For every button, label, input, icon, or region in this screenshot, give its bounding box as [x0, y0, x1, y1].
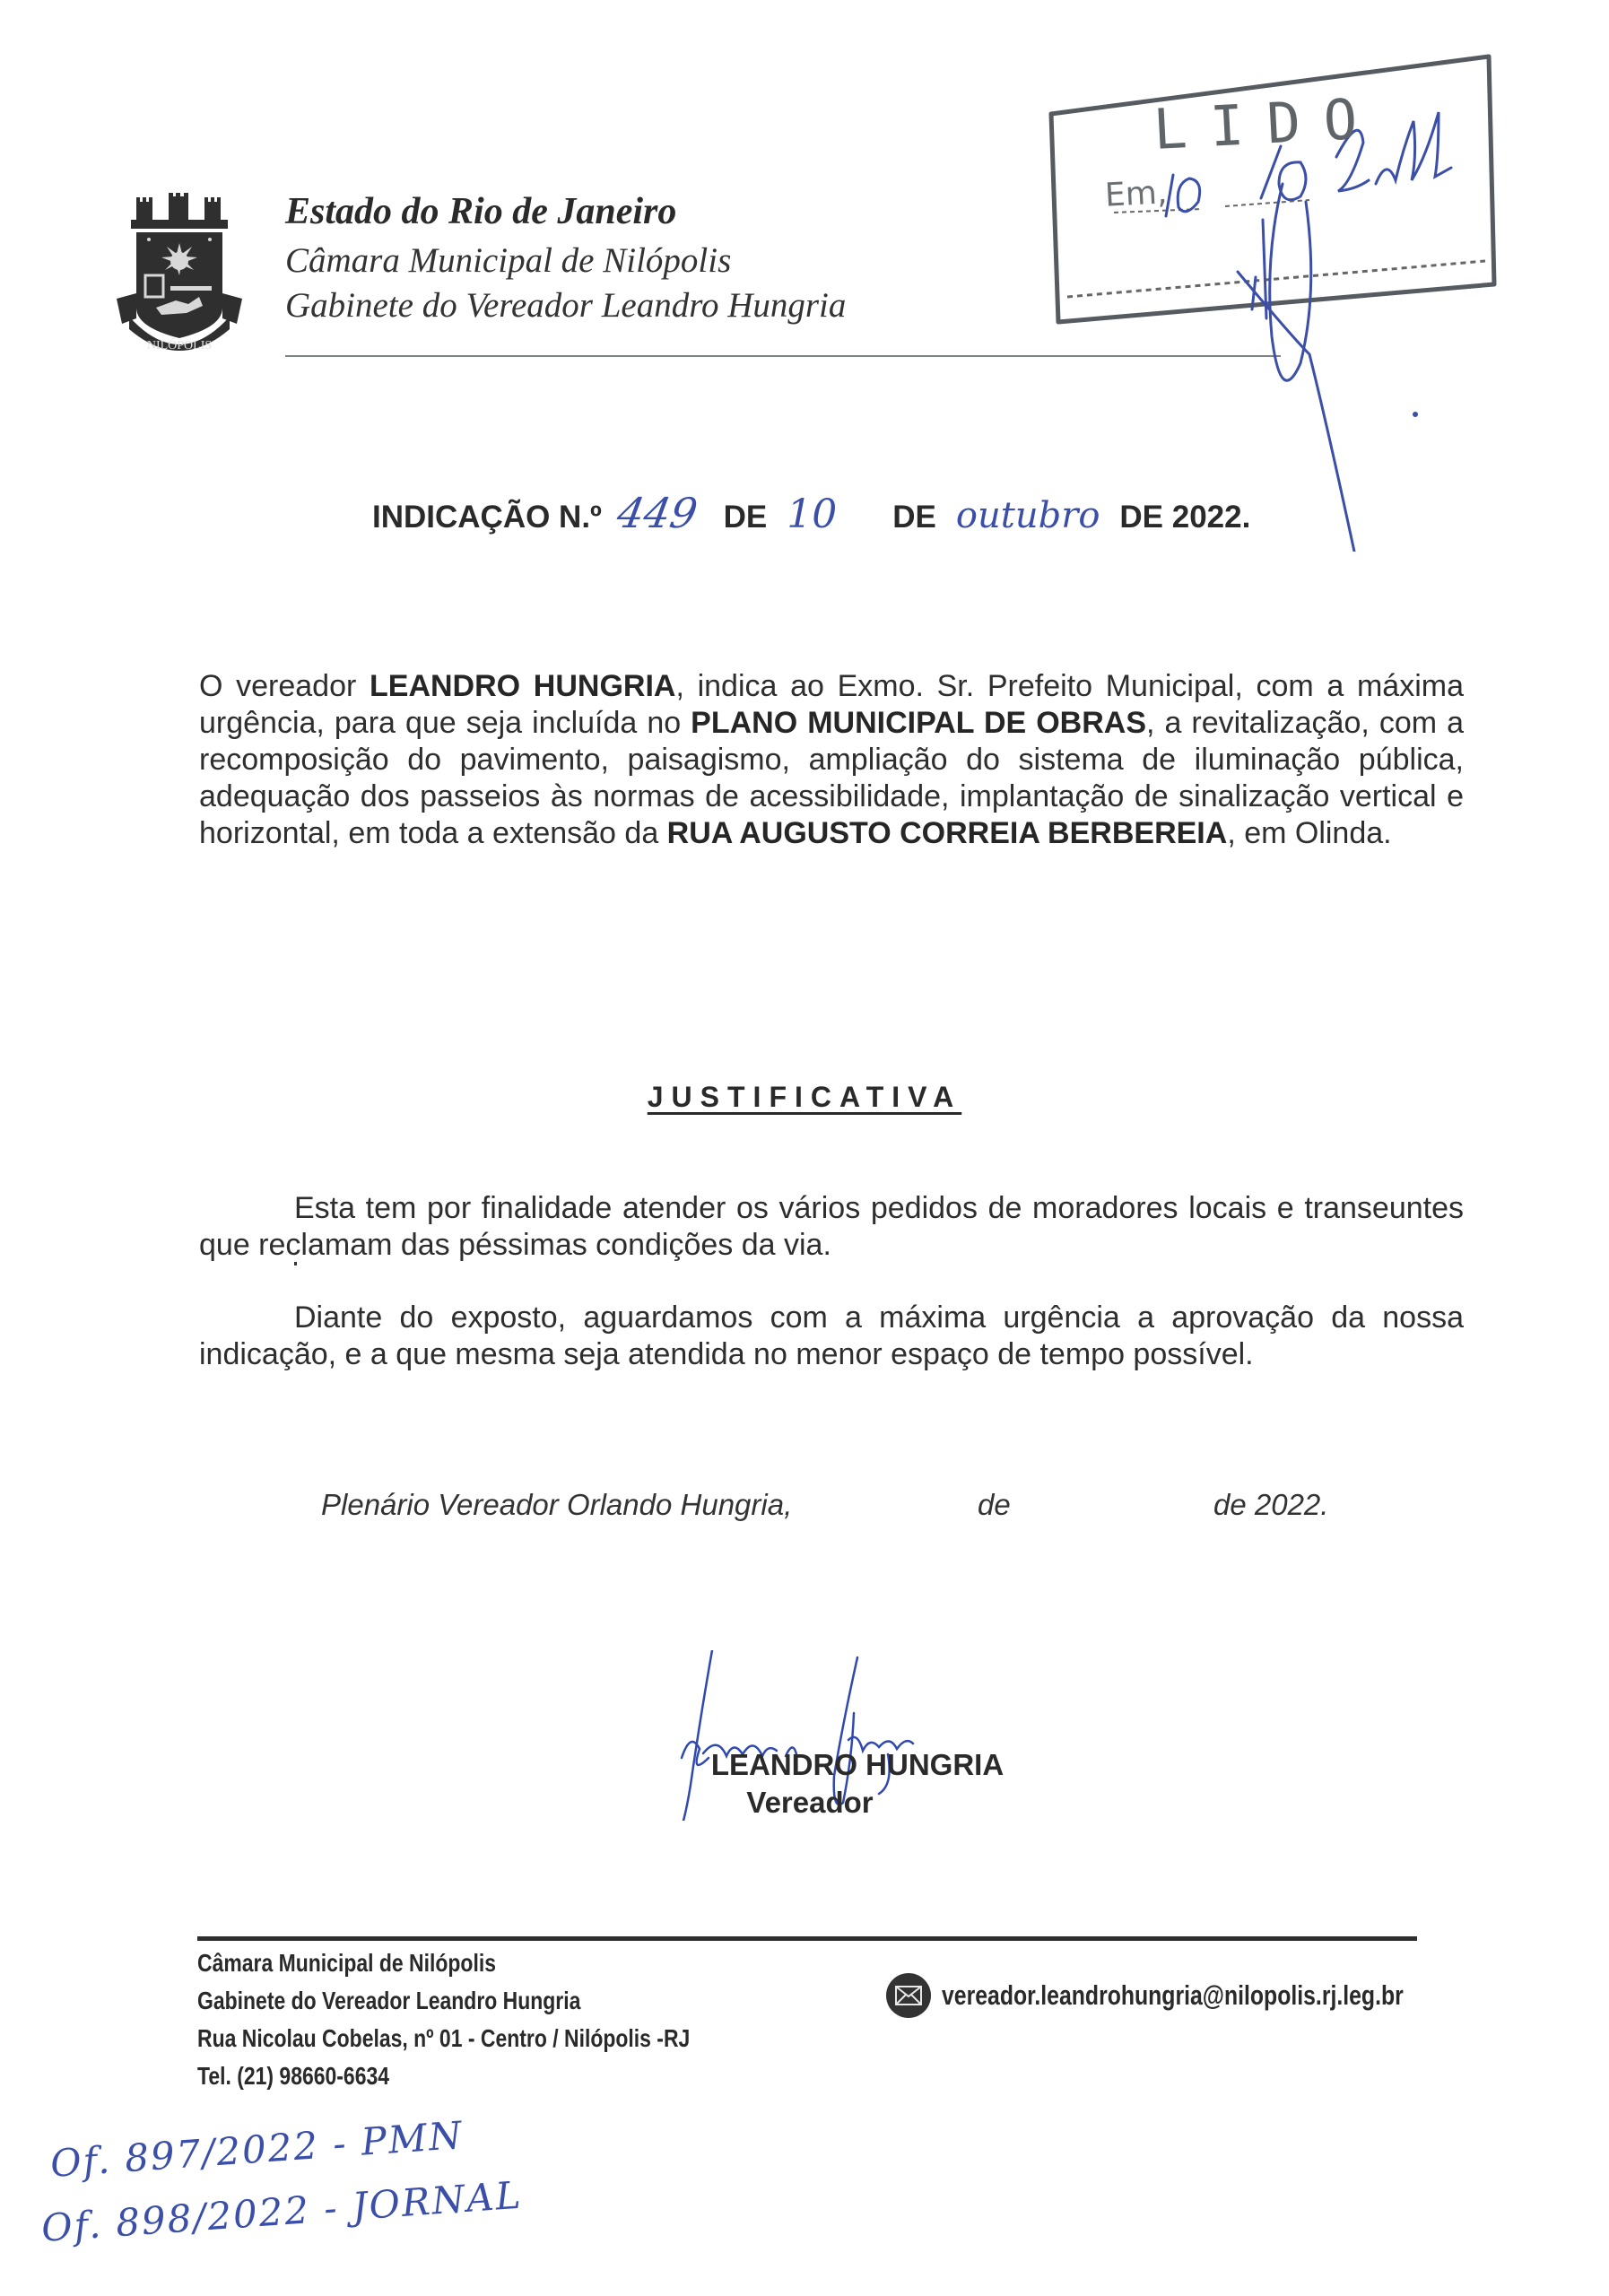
footer-contact: Câmara Municipal de Nilópolis Gabinete d… — [197, 1944, 690, 2095]
stamp-date-prefix: Em, — [1104, 174, 1168, 214]
stamp-label: LIDO — [1152, 85, 1382, 162]
header-state: Estado do Rio de Janeiro — [285, 190, 676, 233]
councilor-name: LEANDRO HUNGRIA — [370, 669, 675, 703]
footer-phone: Tel. (21) 98660-6634 — [197, 2057, 690, 2095]
indication-body: O vereador LEANDRO HUNGRIA, indica ao Ex… — [199, 668, 1464, 852]
envelope-icon — [886, 1973, 931, 2018]
handwritten-note: Of. 897/2022 - PMN — [49, 2113, 465, 2186]
title-de-1: DE — [724, 500, 768, 535]
street-name: RUA AUGUSTO CORREIA BERBEREIA — [667, 816, 1228, 850]
signatory-name: LEANDRO HUNGRIA — [0, 1748, 1609, 1782]
justification-heading-text: JUSTIFICATIVA — [648, 1081, 961, 1113]
svg-text:NILÓPOLIS: NILÓPOLIS — [147, 337, 212, 352]
signatory-role: Vereador — [0, 1786, 1609, 1820]
justification-paragraph-1: Esta tem por finalidade atender os vário… — [199, 1190, 1464, 1264]
justification-heading: JUSTIFICATIVA — [0, 1081, 1609, 1114]
municipal-crest-logo: NILÓPOLIS — [117, 193, 242, 359]
justification-paragraph-2: Diante do exposto, aguardamos com a máxi… — [199, 1300, 1464, 1373]
handwritten-number: 449 — [613, 489, 700, 537]
footer-email: vereador.leandrohungria@nilopolis.rj.leg… — [886, 1973, 1518, 2018]
indication-title: INDICAÇÃO N.º 449 DE 10 DE outubro DE 20… — [372, 489, 1250, 537]
stray-mark — [294, 1262, 297, 1265]
footer-org: Câmara Municipal de Nilópolis — [197, 1944, 690, 1982]
body-text: , em Olinda. — [1227, 816, 1391, 850]
body-text: O vereador — [199, 669, 370, 703]
header-office: Gabinete do Vereador Leandro Hungria — [285, 285, 846, 326]
header-chamber: Câmara Municipal de Nilópolis — [285, 240, 731, 281]
title-suffix: DE 2022. — [1119, 500, 1250, 535]
closing-place: Plenário Vereador Orlando Hungria, — [321, 1488, 792, 1522]
closing-year: de 2022. — [1213, 1488, 1328, 1522]
title-de-2: DE — [892, 500, 936, 535]
email-address[interactable]: vereador.leandrohungria@nilopolis.rj.leg… — [942, 1979, 1404, 2012]
footer-address: Rua Nicolau Cobelas, nº 01 - Centro / Ni… — [197, 2020, 690, 2057]
footer-divider — [197, 1936, 1417, 1941]
handwritten-month: outubro — [956, 495, 1100, 536]
handwritten-note: Of. 898/2022 - JORNAL — [40, 2173, 524, 2250]
handwritten-day: 10 — [787, 491, 837, 537]
closing-de: de — [978, 1488, 1011, 1522]
plan-name: PLANO MUNICIPAL DE OBRAS — [691, 706, 1146, 740]
title-prefix: INDICAÇÃO N.º — [372, 500, 602, 535]
footer-office: Gabinete do Vereador Leandro Hungria — [197, 1982, 690, 2020]
